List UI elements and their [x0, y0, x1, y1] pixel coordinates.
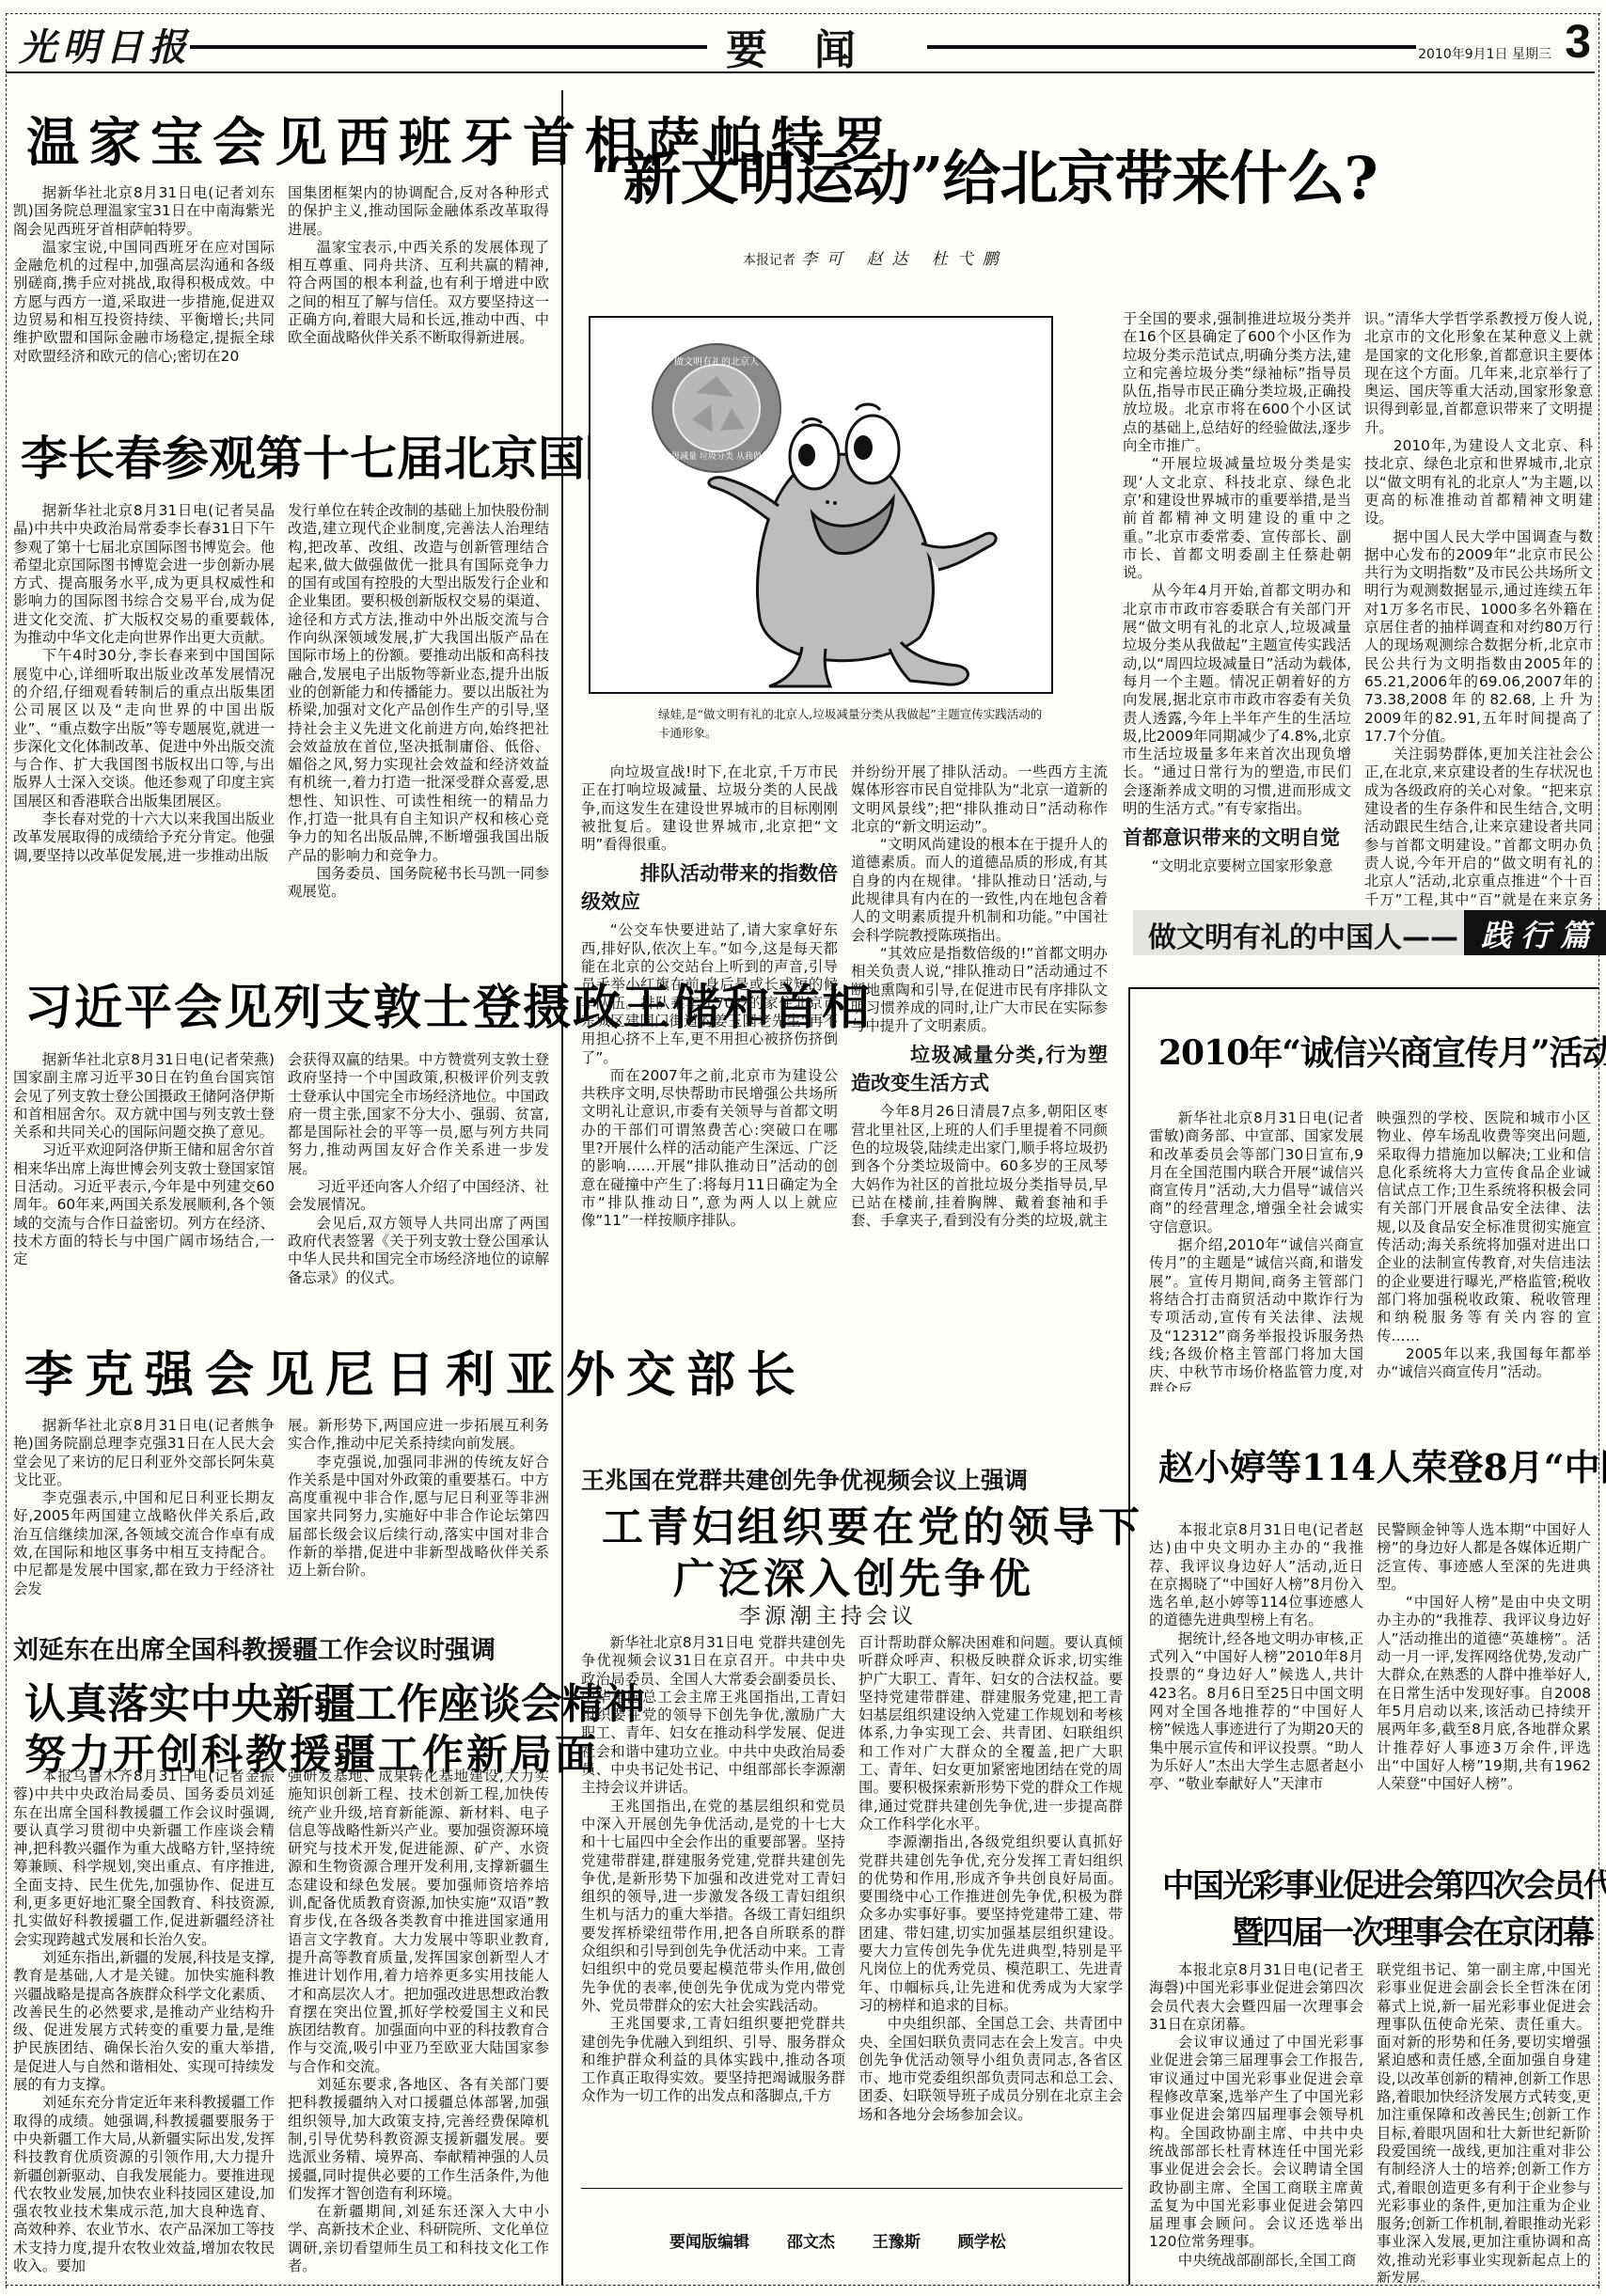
headline-li-keqiang: 李克强会见尼日利亚外交部长: [24, 1335, 807, 1406]
article-guangcai-body: 本报北京8月31日电(记者王海磬)中国光彩事业促进会第四次会员代表大会暨四届一次…: [1149, 1961, 1591, 2283]
paragraph: 会议审议通过了中国光彩事业促进会第三届理事会工作报告,审议通过中国光彩事业促进会…: [1149, 2034, 1363, 2252]
paragraph: 据新华社北京8月31日电(记者荣燕)国家副主席习近平30日在钓鱼台国宾馆会见了列…: [13, 1051, 275, 1141]
article-wang-body: 新华社北京8月31日电 党群共建创先争优视频会议31日在京召开。中共中央政治局委…: [581, 1634, 1123, 2166]
box-left-rule: [1128, 987, 1130, 2285]
column-divider: [561, 90, 563, 2285]
page-border-left: [6, 13, 7, 2288]
paragraph: 据统计,经各地文明办审核,正式列入“中国好人榜”2010年8月投票的“身边好人”…: [1149, 1630, 1363, 1794]
article-chengxin-body: 新华社北京8月31日电(记者雷敏)商务部、中宣部、国家发展和改革委员会等部门30…: [1149, 1109, 1591, 1392]
paragraph: 国务委员、国务院秘书长马凯一同参观展览。: [288, 865, 549, 902]
article-column: 国集团框架内的协调配合,反对各种形式的保护主义,推动国际金融体系改革取得进展。 …: [288, 184, 549, 363]
paragraph: 据新华社北京8月31日电(记者刘东凯)国务院总理温家宝31日在中南海紫光阁会见西…: [13, 184, 275, 239]
paragraph: 新华社北京8月31日电(记者雷敏)商务部、中宣部、国家发展和改革委员会等部门30…: [1149, 1109, 1363, 1236]
article-column: 据新华社北京8月31日电(记者荣燕)国家副主席习近平30日在钓鱼台国宾馆会见了列…: [13, 1051, 275, 1286]
article-column: 新华社北京8月31日电(记者雷敏)商务部、中宣部、国家发展和改革委员会等部门30…: [1149, 1109, 1363, 1392]
paragraph: 新华社北京8月31日电 党群共建创先争优视频会议31日在京召开。中共中央政治局委…: [581, 1634, 845, 1798]
paragraph: 发行单位在转企改制的基础上加快股份制改造,建立现代企业制度,完善法人治理结构,把…: [288, 502, 549, 865]
subheading: 排队活动带来的指数倍级效应: [581, 859, 838, 916]
paragraph: 向垃圾宣战!时下,在北京,千万市民正在打响垃圾减量、垃圾分类的人民战争,而这发生…: [581, 763, 838, 854]
box-top-rule: [1128, 987, 1598, 989]
paragraph: 本报北京8月31日电(记者赵达)由中央文明办主办的“我推荐、我评议身边好人”活动…: [1149, 1521, 1363, 1630]
green-baby-mascot-illustration: 做文明有礼的北京人 垃圾减量 垃圾分类 从我做起: [590, 318, 1053, 694]
paragraph: 并纷纷开展了排队活动。一些西方主流媒体形容市民自觉排队为“北京一道新的文明风景线…: [851, 763, 1108, 836]
paragraph: 2010年,为建设人文北京、科技北京、绿色北京和世界城市,北京以“做文明有礼的北…: [1364, 437, 1593, 527]
article-column: 展。新形势下,两国应进一步拓展互利务实合作,推动中尼关系持续向前发展。 李克强说…: [288, 1417, 549, 1596]
paragraph: 李源潮指出,各级党组织要认真抓好党群共建创先争优,充分发挥工青妇组织的优势和作用…: [858, 1833, 1123, 2015]
newspaper-logo: 光明日报: [19, 18, 192, 71]
paragraph: 李长春对党的十六大以来我国出版业改革发展取得的成绩给予充分肯定。他强调,要坚持以…: [13, 810, 275, 865]
headline-feature: “新文明运动”给北京带来什么?: [590, 132, 1378, 215]
paragraph: 中央组织部、全国总工会、共青团中央、全国妇联负责同志在会上发言。中央创先争优活动…: [858, 2015, 1123, 2124]
editor-name: 顾学松: [958, 2233, 1006, 2252]
feature-body-lower: 向垃圾宣战!时下,在北京,千万市民正在打响垃圾减量、垃圾分类的人民战争,而这发生…: [581, 763, 1108, 1229]
paragraph: 温家宝表示,中西关系的发展体现了相互尊重、同舟共济、互利共赢的精神,符合两国的根…: [288, 239, 549, 348]
paragraph: 映强烈的学校、医院和城市小区物业、停车场乱收费等突出问题,采取得力措施加以解决;…: [1377, 1109, 1591, 1345]
article-column: 本报北京8月31日电(记者王海磬)中国光彩事业促进会第四次会员代表大会暨四届一次…: [1149, 1961, 1363, 2283]
subheading: 垃圾减量分类,行为塑造改变生活方式: [851, 1041, 1108, 1097]
footer-rule: [581, 2188, 1123, 2189]
article-column: 新华社北京8月31日电 党群共建创先争优视频会议31日在京召开。中共中央政治局委…: [581, 1634, 845, 2166]
subtitle-wang: 李源潮主持会议: [739, 1598, 917, 1629]
paragraph: 温家宝说,中国同西班牙在应对国际金融危机的过程中,加强高层沟通和各级别磋商,携手…: [13, 239, 275, 363]
paragraph: 在新疆期间,刘延东还深入大中小学、高新技术企业、科研院所、文化单位调研,亲切看望…: [288, 2203, 549, 2275]
headline-wang-line2: 广泛深入创先争优: [673, 1545, 1034, 1605]
article-column: 据新华社北京8月31日电(记者熊争艳)国务院副总理李克强31日在人民大会堂会见了…: [13, 1417, 275, 1596]
paragraph: 本报北京8月31日电(记者王海磬)中国光彩事业促进会第四次会员代表大会暨四届一次…: [1149, 1961, 1363, 2034]
paragraph: 刘延东充分肯定近年来科教援疆工作取得的成绩。她强调,科教援疆要服务于中央新疆工作…: [13, 2094, 275, 2275]
feature-byline: 本报记者李可 赵达 杜弋鹏: [743, 245, 1008, 269]
article-column: 据新华社北京8月31日电(记者吴晶晶)中共中央政治局常委李长春31日下午参观了第…: [13, 502, 275, 921]
paragraph: 中央统战部副部长,全国工商: [1149, 2252, 1363, 2270]
headline-haoren: 赵小婷等114人荣登8月“中国好人榜”: [1158, 1439, 1606, 1490]
paragraph: 下午4时30分,李长春来到中国国际展览中心,详细听取出版业改革发展情况的介绍,仔…: [13, 647, 275, 810]
paragraph: 据新华社北京8月31日电(记者熊争艳)国务院副总理李克强31日在人民大会堂会见了…: [13, 1417, 275, 1489]
article-column: 识。”清华大学哲学系教授万俊人说,北京市的文化形象在某种意义上就是国家的文化形象…: [1364, 310, 1593, 912]
paragraph: 从今年4月开始,首都文明办和北京市市政市容委联合有关部门开展“做文明有礼的北京人…: [1123, 582, 1351, 818]
page-border-right: [1598, 13, 1599, 2288]
paragraph: 强研发基地、成果转化基地建设,大力实施知识创新工程、技术创新工程,加快传统产业升…: [288, 1768, 549, 2076]
article-column: 百计帮助群众解决困难和问题。要认真倾听群众呼声、积极反映群众诉求,切实维护广大职…: [858, 1634, 1123, 2166]
series-banner: 做文明有礼的中国人—— 践行篇: [1133, 910, 1606, 955]
photo-caption: 绿娃,是“做文明有礼的北京人,垃圾减量分类从我做起”主题宣传实践活动的卡通形象。: [658, 705, 1053, 743]
header-bottom-rule: [6, 71, 1595, 73]
kicker-liu: 刘延东在出席全国科教援疆工作会议时强调: [13, 1629, 496, 1666]
article-column: 据新华社北京8月31日电(记者刘东凯)国务院总理温家宝31日在中南海紫光阁会见西…: [13, 184, 275, 363]
editor-credits: 要闻版编辑 邵文杰 王豫斯 顾学松: [669, 2228, 1038, 2252]
paragraph: 据新华社北京8月31日电(记者吴晶晶)中共中央政治局常委李长春31日下午参观了第…: [13, 502, 275, 647]
feature-photo: 做文明有礼的北京人 垃圾减量 垃圾分类 从我做起: [589, 316, 1053, 694]
paragraph: 国集团框架内的协调配合,反对各种形式的保护主义,推动国际金融体系改革取得进展。: [288, 184, 549, 239]
banner-title: 做文明有礼的中国人——: [1133, 910, 1464, 955]
article-column: 本报乌鲁木齐8月31日电(记者金振蓉)中共中央政治局委员、国务委员刘延东在出席全…: [13, 1768, 275, 2280]
article-column: 联党组书记、第一副主席,中国光彩事业促进会副会长全哲洙在闭幕式上说,新一届光彩事…: [1377, 1961, 1591, 2283]
article-haoren-body: 本报北京8月31日电(记者赵达)由中央文明办主办的“我推荐、我评议身边好人”活动…: [1149, 1521, 1591, 1803]
issue-date: 2010年9月1日 星期三: [1418, 44, 1551, 63]
subheading: 首都意识带来的文明自觉: [1123, 824, 1351, 852]
editor-name: 邵文杰: [787, 2233, 835, 2252]
article-column: 并纷纷开展了排队活动。一些西方主流媒体形容市民自觉排队为“北京一道新的文明风景线…: [851, 763, 1108, 1229]
header-rule-left: [190, 45, 707, 49]
banner-tag: 践行篇: [1464, 910, 1606, 955]
header-rule-right: [927, 45, 1416, 49]
article-column: 民警顾金钟等人选本期“中国好人榜”的身边好人都是各媒体近期广泛宣传、事迹感人至深…: [1377, 1521, 1591, 1803]
article-column: 会获得双赢的结果。中方赞赏列支敦士登政府坚持一个中国政策,积极评价列支敦士登承认…: [288, 1051, 549, 1286]
byline-label: 本报记者: [743, 253, 795, 268]
section-title: 要闻: [720, 16, 908, 76]
paragraph: 习近平还向客人介绍了中国经济、社会发展情况。: [288, 1178, 549, 1215]
feature-body-right: 于全国的要求,强制推进垃圾分类并在16个区县确定了600个小区作为垃圾分类示范试…: [1123, 310, 1593, 912]
page-number: 3: [1565, 14, 1591, 69]
editor-name: 王豫斯: [873, 2233, 921, 2252]
article-column: 强研发基地、成果转化基地建设,大力实施知识创新工程、技术创新工程,加快传统产业升…: [288, 1768, 549, 2280]
paragraph: 本报乌鲁木齐8月31日电(记者金振蓉)中共中央政治局委员、国务委员刘延东在出席全…: [13, 1768, 275, 1949]
article-column: 向垃圾宣战!时下,在北京,千万市民正在打响垃圾减量、垃圾分类的人民战争,而这发生…: [581, 763, 838, 1229]
page-border-bottom: [6, 2285, 1599, 2286]
paragraph: 据中国人民大学中国调查与数据中心发布的2009年“北京市民公共行为文明指数”及市…: [1364, 528, 1593, 747]
paragraph: 刘延东要求,各地区、各有关部门要把科教援疆纳入对口援疆总体部署,加强组织领导,加…: [288, 2076, 549, 2203]
article-column: 映强烈的学校、医院和城市小区物业、停车场乱收费等突出问题,采取得力措施加以解决;…: [1377, 1109, 1591, 1392]
paragraph: “公交车快要进站了,请大家拿好东西,排好队,依次上车。”如今,这是每天都能在北京…: [581, 921, 838, 1066]
paragraph: 民警顾金钟等人选本期“中国好人榜”的身边好人都是各媒体近期广泛宣传、事迹感人至深…: [1377, 1521, 1591, 1594]
paragraph: 王兆国指出,在党的基层组织和党员中深入开展创先争优活动,是党的十七大和十七届四中…: [581, 1798, 845, 2016]
headline-guangcai-line1: 中国光彩事业促进会第四次会员代表大会: [1162, 1860, 1606, 1906]
byline-names: 李可 赵达 杜弋鹏: [801, 250, 1008, 269]
paragraph: 会获得双赢的结果。中方赞赏列支敦士登政府坚持一个中国政策,积极评价列支敦士登承认…: [288, 1051, 549, 1178]
headline-guangcai-line2: 暨四届一次理事会在京闭幕: [1232, 1907, 1593, 1953]
article-column: 发行单位在转企改制的基础上加快股份制改造,建立现代企业制度,完善法人治理结构,把…: [288, 502, 549, 921]
editors-label: 要闻版编辑: [669, 2233, 749, 2252]
article-li-changchun-body: 据新华社北京8月31日电(记者吴晶晶)中共中央政治局常委李长春31日下午参观了第…: [13, 502, 549, 921]
article-xi-body: 据新华社北京8月31日电(记者荣燕)国家副主席习近平30日在钓鱼台国宾馆会见了列…: [13, 1051, 549, 1286]
paragraph: “文明风尚建设的根本在于提升人的道德素质。而人的道德品质的形成,有其自身的内在规…: [851, 836, 1108, 945]
paragraph: 据介绍,2010年“诚信兴商宣传月”的主题是“诚信兴商,和谐发展”。宣传月期间,…: [1149, 1236, 1363, 1392]
paragraph: 李克强表示,中国和尼日利亚长期友好,2005年两国建立战略伙伴关系后,政治互信继…: [13, 1489, 275, 1596]
paragraph: 展。新形势下,两国应进一步拓展互利务实合作,推动中尼关系持续向前发展。: [288, 1417, 549, 1454]
paragraph: 2005年以来,我国每年都举办“诚信兴商宣传月”活动。: [1377, 1345, 1591, 1382]
article-liu-body: 本报乌鲁木齐8月31日电(记者金振蓉)中共中央政治局委员、国务委员刘延东在出席全…: [13, 1768, 549, 2280]
paragraph: 习近平欢迎阿洛伊斯王储和屈舍尔首相来华出席上海世博会列支敦士登国家馆日活动。习近…: [13, 1141, 275, 1268]
paragraph: 联党组书记、第一副主席,中国光彩事业促进会副会长全哲洙在闭幕式上说,新一届光彩事…: [1377, 1961, 1591, 2283]
paragraph: 刘延东指出,新疆的发展,科技是支撑,教育是基础,人才是关键。加快实施科教兴疆战略…: [13, 1949, 275, 2094]
kicker-wang: 王兆国在党群共建创先争优视频会议上强调: [581, 1462, 1028, 1496]
article-wen-body: 据新华社北京8月31日电(记者刘东凯)国务院总理温家宝31日在中南海紫光阁会见西…: [13, 184, 549, 363]
paragraph: 关注弱势群体,更加关注社会公正,在北京,来京建设者的生存状况也成为各级政府的关心…: [1364, 746, 1593, 912]
badge-text-bottom: 垃圾减量 垃圾分类 从我做起: [663, 450, 770, 462]
paragraph: 而在2007年之前,北京市为建设公共秩序文明,尽快帮助市民增强公共场所文明礼让意…: [581, 1067, 838, 1229]
paragraph: 于全国的要求,强制推进垃圾分类并在16个区县确定了600个小区作为垃圾分类示范试…: [1123, 310, 1351, 455]
paragraph: 今年8月26日清晨7点多,朝阳区枣营北里社区,上班的人们手里提着不同颜色的垃圾袋…: [851, 1103, 1108, 1229]
article-li-keqiang-body: 据新华社北京8月31日电(记者熊争艳)国务院副总理李克强31日在人民大会堂会见了…: [13, 1417, 549, 1596]
paragraph: “中国好人榜”是由中央文明办主办的“我推荐、我评议身边好人”活动推出的道德“英雄…: [1377, 1594, 1591, 1793]
masthead: 光明日报 要闻 2010年9月1日 星期三 3: [6, 13, 1600, 71]
badge-text-top: 做文明有礼的北京人: [674, 355, 759, 368]
headline-chengxin: 2010年“诚信兴商宣传月”活动在京启动: [1158, 1027, 1606, 1075]
paragraph: “开展垃圾减量垃圾分类是实现‘人文北京、科技北京、绿色北京’和建设世界城市的重要…: [1123, 455, 1351, 582]
paragraph: “其效应是指数倍级的!”首都文明办相关负责人说,“排队推动日”活动通过不断地熏陶…: [851, 945, 1108, 1035]
paragraph: 王兆国要求,工青妇组织要把党群共建创先争优融入到组织、引导、服务群众和维护群众利…: [581, 2015, 845, 2105]
article-column: 本报北京8月31日电(记者赵达)由中央文明办主办的“我推荐、我评议身边好人”活动…: [1149, 1521, 1363, 1803]
paragraph: 百计帮助群众解决困难和问题。要认真倾听群众呼声、积极反映群众诉求,切实维护广大职…: [858, 1634, 1123, 1833]
paragraph: 会见后,双方领导人共同出席了两国政府代表签署《关于列支敦士登公国承认中华人民共和…: [288, 1215, 549, 1286]
paragraph: “文明北京要树立国家形象意: [1123, 857, 1351, 875]
paragraph: 李克强说,加强同非洲的传统友好合作关系是中国对外政策的重要基石。中方高度重视中非…: [288, 1454, 549, 1580]
paragraph: 识。”清华大学哲学系教授万俊人说,北京市的文化形象在某种意义上就是国家的文化形象…: [1364, 310, 1593, 437]
article-column: 于全国的要求,强制推进垃圾分类并在16个区县确定了600个小区作为垃圾分类示范试…: [1123, 310, 1351, 912]
